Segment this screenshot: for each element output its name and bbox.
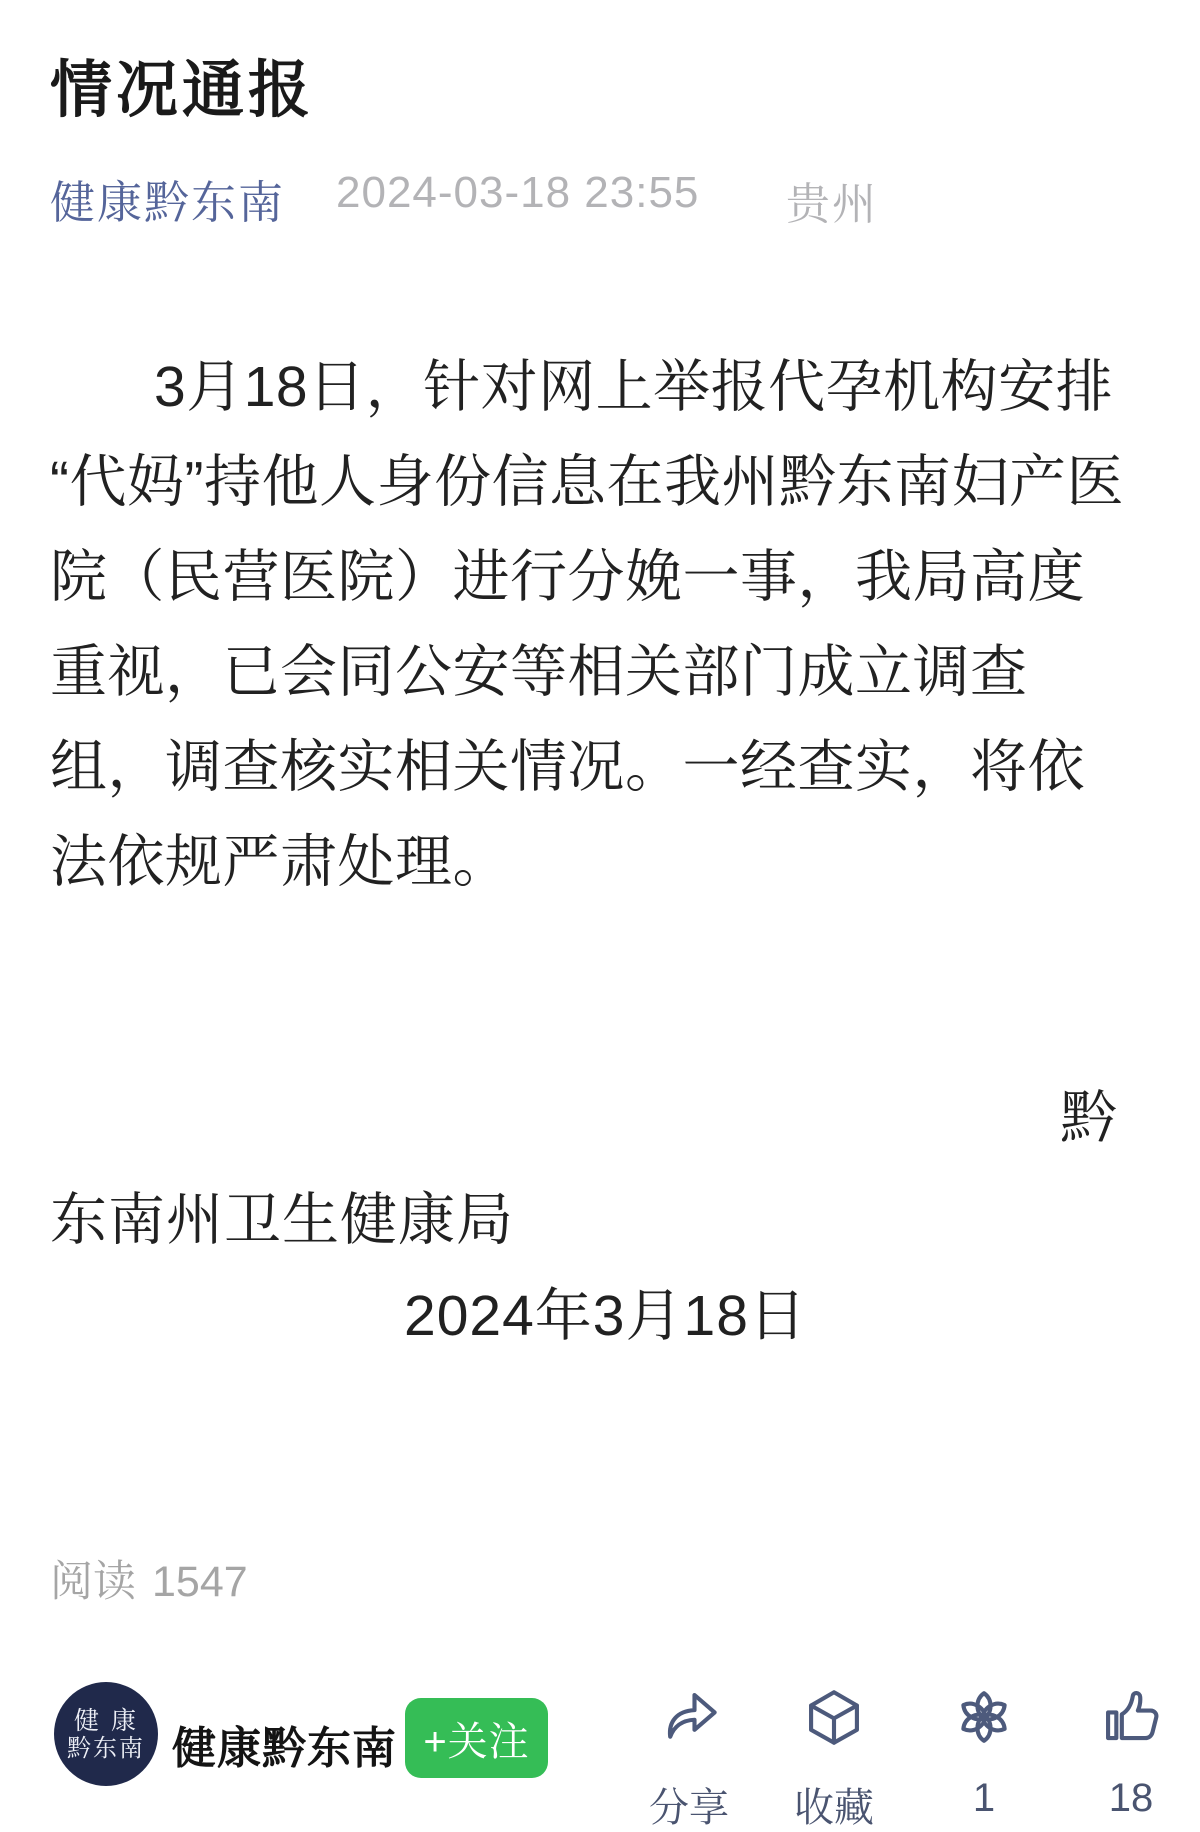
signature-date: 2024年3月18日 xyxy=(404,1276,807,1356)
body-line: 院（民营医院）进行分娩一事，我局高度 xyxy=(50,530,1155,625)
thumbs-up-icon xyxy=(1098,1684,1164,1750)
body-line: 3月18日，针对网上举报代孕机构安排 xyxy=(50,340,1155,435)
favorite-button[interactable]: 收藏 xyxy=(769,1684,899,1832)
author-avatar[interactable]: 健康 黔东南 xyxy=(54,1682,158,1786)
page-title: 情况通报 xyxy=(50,40,314,129)
read-count-row: 阅读1547 xyxy=(50,1548,248,1609)
flower-icon xyxy=(951,1684,1017,1750)
account-name[interactable]: 健康黔东南 xyxy=(172,1712,397,1776)
article-page: 情况通报 健康黔东南 2024-03-18 23:55 贵州 3月18日，针对网… xyxy=(0,0,1200,1832)
read-label: 阅读 xyxy=(50,1558,136,1606)
avatar-text-bottom: 黔东南 xyxy=(67,1735,145,1761)
like-button[interactable]: 18 xyxy=(1066,1684,1196,1821)
follow-button[interactable]: +关注 xyxy=(405,1698,548,1778)
publish-time: 2024-03-18 23:55 xyxy=(336,168,699,218)
body-line: “代妈”持他人身份信息在我州黔东南妇产医 xyxy=(50,435,1155,530)
favorite-cube-icon xyxy=(801,1684,867,1750)
share-label: 分享 xyxy=(649,1776,729,1832)
flower-button[interactable]: 1 xyxy=(919,1684,1049,1821)
body-line: 重视，已会同公安等相关部门成立调查 xyxy=(50,625,1155,720)
avatar-text-top: 健康 xyxy=(64,1707,148,1735)
flower-count: 1 xyxy=(973,1776,995,1821)
publish-location: 贵州 xyxy=(786,168,878,232)
body-line: 组，调查核实相关情况。一经查实，将依 xyxy=(50,720,1155,815)
signature-name: 东南州卫生健康局 xyxy=(50,1180,514,1260)
share-icon xyxy=(656,1684,722,1750)
author-link[interactable]: 健康黔东南 xyxy=(50,166,285,231)
article-body: 3月18日，针对网上举报代孕机构安排 “代妈”持他人身份信息在我州黔东南妇产医 … xyxy=(50,340,1155,910)
signature-wrap-char: 黔 xyxy=(1060,1078,1117,1158)
body-line: 法依规严肃处理。 xyxy=(50,815,1155,910)
read-count: 1547 xyxy=(152,1558,248,1606)
favorite-label: 收藏 xyxy=(794,1776,874,1832)
like-count: 18 xyxy=(1109,1776,1154,1821)
share-button[interactable]: 分享 xyxy=(624,1684,754,1832)
